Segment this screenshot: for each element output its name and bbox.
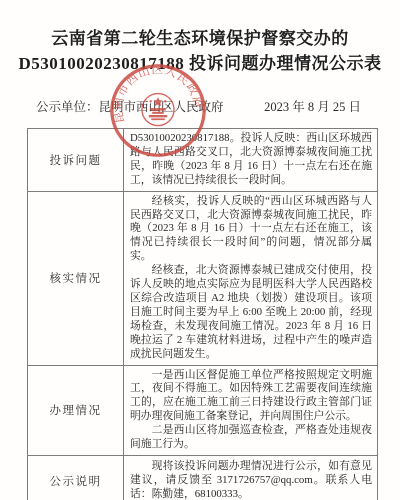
- paragraph: 经核查，北大资源博泰城已建成交付使用，投诉人反映的地点实际应为昆明医科大学人民西…: [130, 264, 372, 361]
- notice-date: 2023 年 8 月 25 日: [264, 97, 361, 115]
- title-line-2: D53010020230817188 投诉问题办理情况公示表: [0, 51, 400, 76]
- row-content-verification: 经核实，投诉人反映的“西山区环城西路与人民西路交叉口，北大资源博泰城夜间施工扰民…: [124, 191, 378, 365]
- row-content-notice-note: 现将该投诉问题办理情况进行公示，如有意见建议，请反馈至 3171726757@q…: [124, 455, 378, 500]
- row-content-complaint: D53010020230817188。投诉人反映：西山区环城西路与人民西路交叉口…: [124, 129, 378, 192]
- notice-unit-label: 公示单位：昆明市西山区人民政府: [36, 97, 224, 115]
- complaint-handling-table: 投诉问题 D53010020230817188。投诉人反映：西山区环城西路与人民…: [27, 128, 378, 500]
- meta-row: 公示单位：昆明市西山区人民政府 2023 年 8 月 25 日: [36, 97, 361, 115]
- paragraph: 二是西山区将加强巡查检查，严格查处违规夜间施工行为。: [130, 424, 372, 452]
- table-row-handling: 办理情况 一是西山区督促施工单位严格按照规定文明施工，夜间不得施工。如因特殊工艺…: [28, 365, 378, 455]
- notice-document-page: 云南省第二轮生态环境保护督察交办的 D53010020230817188 投诉问…: [0, 0, 400, 500]
- paragraph: 现将该投诉问题办理情况进行公示，如有意见建议，请反馈至 3171726757@q…: [130, 460, 372, 500]
- row-label-complaint: 投诉问题: [28, 129, 124, 192]
- paragraph: D53010020230817188。投诉人反映：西山区环城西路与人民西路交叉口…: [130, 132, 372, 188]
- table-row-verification: 核实情况 经核实，投诉人反映的“西山区环城西路与人民西路交叉口，北大资源博泰城夜…: [28, 191, 378, 365]
- row-label-verification: 核实情况: [28, 191, 124, 365]
- row-content-handling: 一是西山区督促施工单位严格按照规定文明施工，夜间不得施工。如因特殊工艺需要夜间连…: [124, 365, 378, 455]
- table-row-complaint: 投诉问题 D53010020230817188。投诉人反映：西山区环城西路与人民…: [28, 129, 378, 192]
- paragraph: 一是西山区督促施工单位严格按照规定文明施工，夜间不得施工。如因特殊工艺需要夜间连…: [130, 369, 372, 425]
- table-row-notice-note: 公示说明 现将该投诉问题办理情况进行公示，如有意见建议，请反馈至 3171726…: [28, 455, 378, 500]
- row-label-handling: 办理情况: [28, 365, 124, 455]
- paragraph: 经核实，投诉人反映的“西山区环城西路与人民西路交叉口，北大资源博泰城夜间施工扰民…: [130, 195, 372, 265]
- title-line-1: 云南省第二轮生态环境保护督察交办的: [0, 26, 400, 51]
- row-label-notice-note: 公示说明: [28, 455, 124, 500]
- document-title: 云南省第二轮生态环境保护督察交办的 D53010020230817188 投诉问…: [0, 26, 400, 76]
